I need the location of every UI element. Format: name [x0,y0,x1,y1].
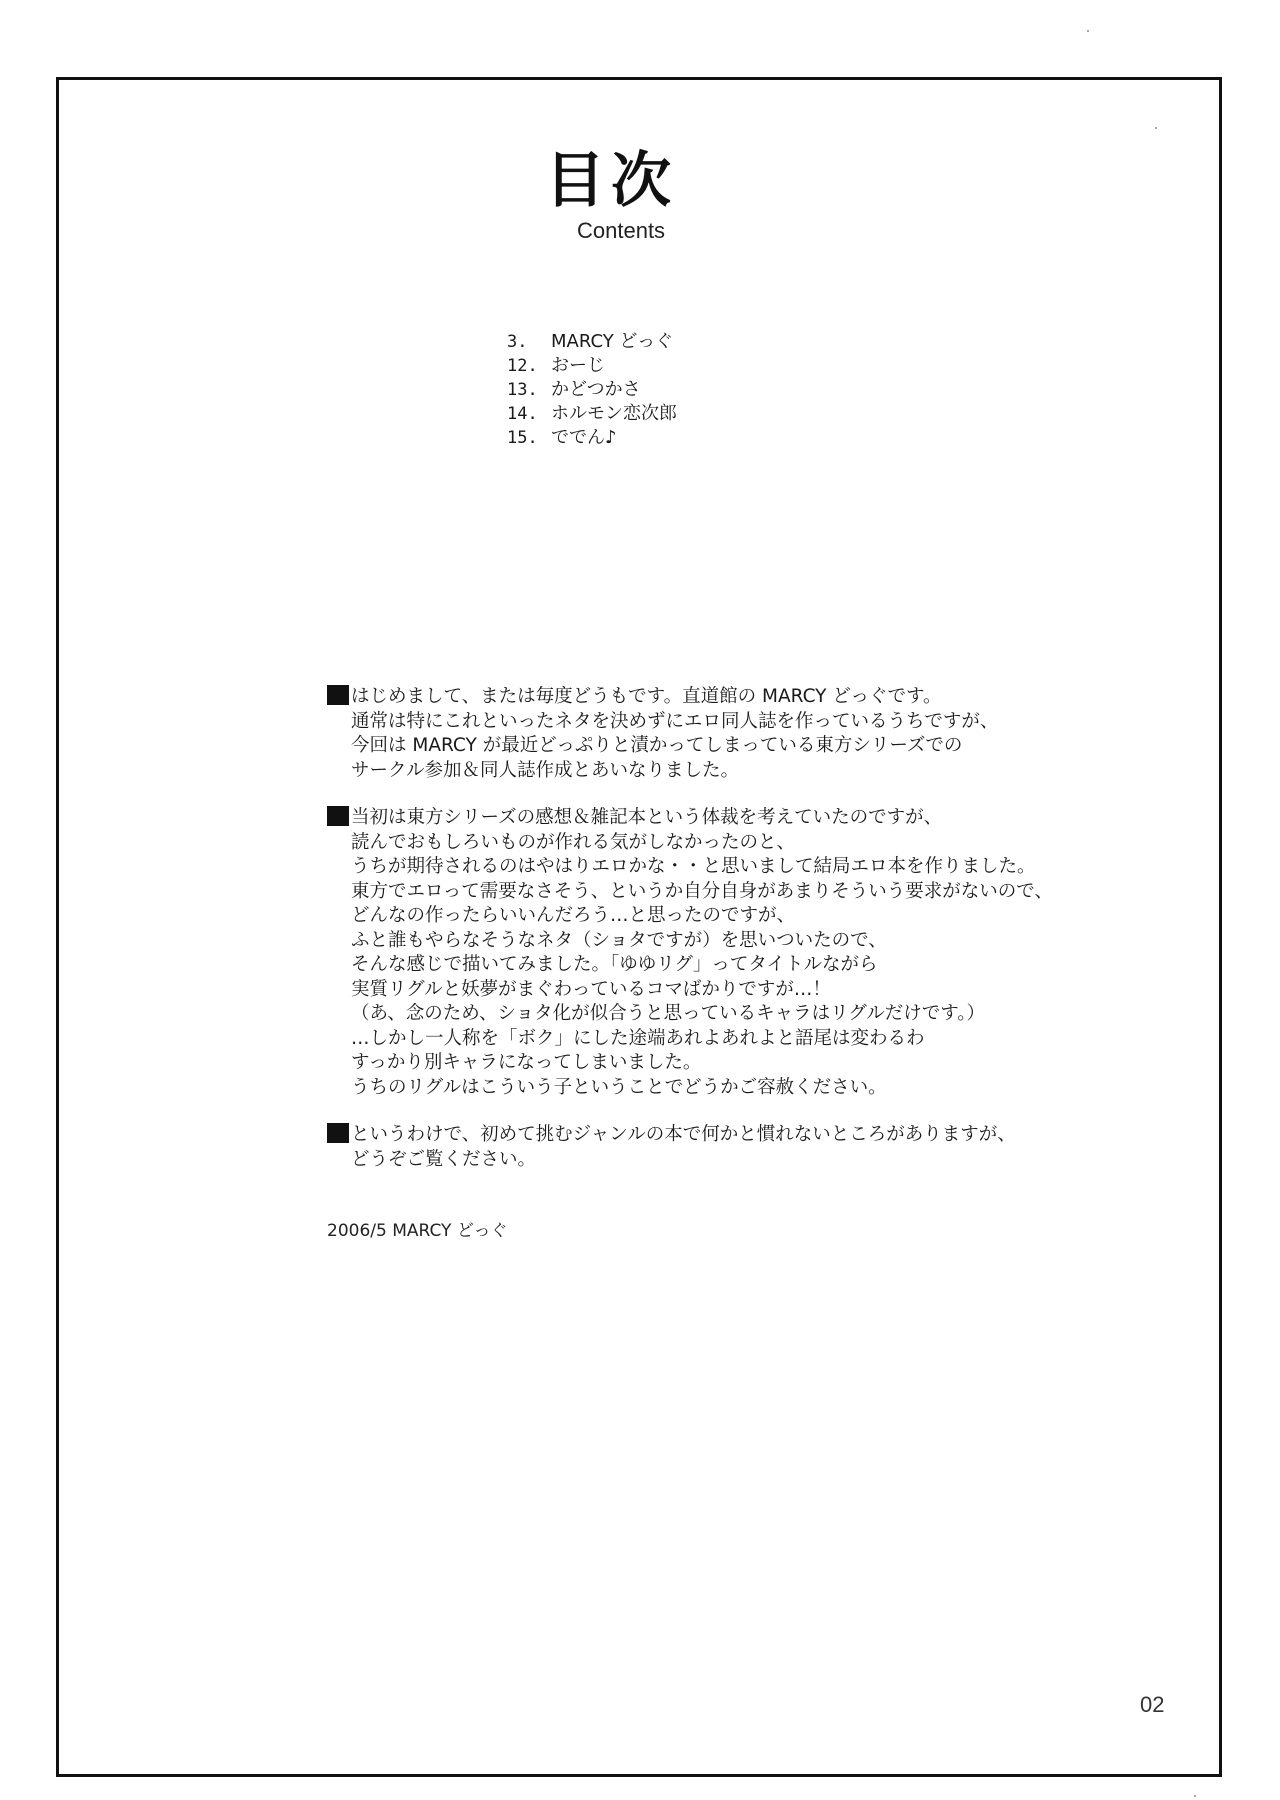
square-bullet-icon [327,806,349,826]
text-line: サークル参加＆同人誌作成とあいなりました。 [327,759,1207,784]
text-line: （あ、念のため、ショタ化が似合うと思っているキャラはリグルだけです。） [327,1002,1207,1027]
paragraph-closing: というわけで、初めて挑むジャンルの本で何かと慣れないところがありますが、 どうぞ… [327,1123,1207,1172]
toc-author: ホルモン恋次郎 [551,402,677,426]
scan-speck [1087,30,1089,32]
scan-speck [1155,127,1157,129]
title-block: 目次 Contents [545,148,735,214]
page-number: 02 [1140,1692,1164,1718]
text-line: 当初は東方シリーズの感想＆雑記本という体裁を考えていたのですが、 [327,806,1207,831]
text-line: うちが期待されるのはやはりエロかな・・と思いまして結局エロ本を作りました。 [327,855,1207,880]
text-line: どんなの作ったらいいんだろう…と思ったのですが、 [327,904,1207,929]
paragraph-greeting: はじめまして、または毎度どうもです。直道館の MARCY どっぐです。 通常は特… [327,685,1207,783]
toc-item: 12. おーじ [507,354,677,378]
toc-page-number: 15. [507,426,551,450]
text-line: というわけで、初めて挑むジャンルの本で何かと慣れないところがありますが、 [327,1123,1207,1148]
toc-page-number: 3. [507,330,551,354]
page-subtitle: Contents [577,218,665,244]
text-line: …しかし一人称を「ボク」にした途端あれよあれよと語尾は変わるわ [327,1027,1207,1052]
text-line: うちのリグルはこういう子ということでどうかご容赦ください。 [327,1076,1207,1101]
toc-item: 13. かどつかさ [507,378,677,402]
text-line: 東方でエロって需要なさそう、というか自分自身があまりそういう要求がないので、 [327,880,1207,905]
paragraph-explanation: 当初は東方シリーズの感想＆雑記本という体裁を考えていたのですが、 読んでおもしろ… [327,806,1207,1100]
text-line: ふと誰もやらなそうなネタ（ショタですが）を思いついたので、 [327,929,1207,954]
text-line: すっかり別キャラになってしまいました。 [327,1051,1207,1076]
text-line: 今回は MARCY が最近どっぷりと漬かってしまっている東方シリーズでの [327,734,1207,759]
text-line: 読んでおもしろいものが作れる気がしなかったのと、 [327,831,1207,856]
text-line: そんな感じで描いてみました。「ゆゆリグ」ってタイトルながら [327,953,1207,978]
text-line: はじめまして、または毎度どうもです。直道館の MARCY どっぐです。 [327,685,1207,710]
toc-item: 14. ホルモン恋次郎 [507,402,677,426]
toc-author: おーじ [551,354,605,378]
square-bullet-icon [327,1123,349,1143]
toc-page-number: 13. [507,378,551,402]
toc-page-number: 14. [507,402,551,426]
toc-author: ででん♪ [551,426,617,450]
signature-date: 2006/5 MARCY どっぐ [327,1216,508,1241]
toc-page-number: 12. [507,354,551,378]
square-bullet-icon [327,685,349,705]
afterword-text: はじめまして、または毎度どうもです。直道館の MARCY どっぐです。 通常は特… [327,685,1207,1195]
scan-speck [1194,1795,1196,1797]
text-line: 実質リグルと妖夢がまぐわっているコマばかりですが…！ [327,978,1207,1003]
toc-item: 15. ででん♪ [507,426,677,450]
page-title: 目次 [545,148,735,214]
toc-item: 3. MARCY どっぐ [507,330,677,354]
text-line: 通常は特にこれといったネタを決めずにエロ同人誌を作っているうちですが、 [327,710,1207,735]
toc-author: MARCY どっぐ [551,330,673,354]
text-line: どうぞご覧ください。 [327,1148,1207,1173]
toc-author: かどつかさ [551,378,641,402]
table-of-contents: 3. MARCY どっぐ 12. おーじ 13. かどつかさ 14. ホルモン恋… [507,330,677,450]
